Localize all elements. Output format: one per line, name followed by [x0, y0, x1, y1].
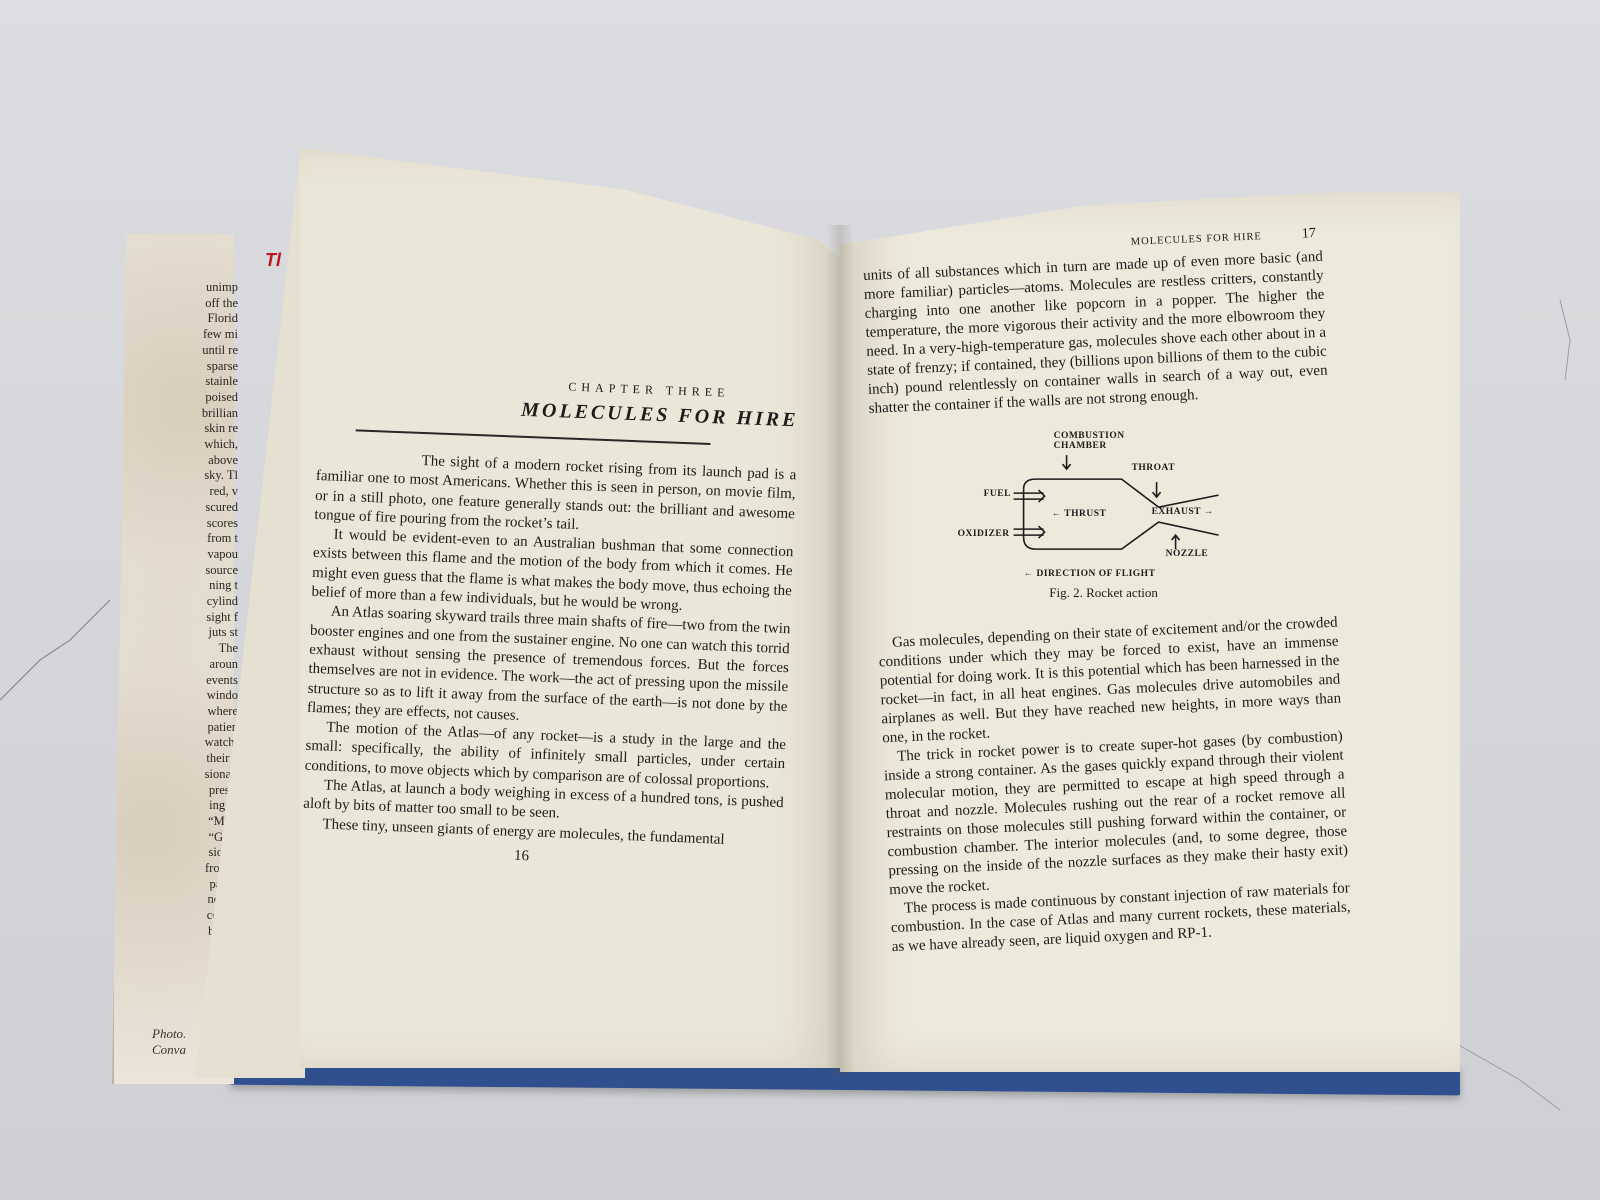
- dust-jacket-line: vapou: [128, 547, 253, 563]
- dust-jacket-line: cylind: [128, 594, 256, 610]
- label-nozzle: NOZZLE: [1166, 549, 1209, 559]
- label-direction-of-flight: ← DIRECTION OF FLIGHT: [1024, 569, 1156, 579]
- paragraph: An Atlas soaring skyward trails three ma…: [307, 602, 791, 736]
- dust-jacket-line: source: [128, 563, 254, 579]
- dust-jacket-line: which,: [128, 437, 247, 453]
- dust-jacket-line: The: [128, 641, 259, 657]
- label-thrust: ← THRUST: [1052, 509, 1107, 519]
- dust-jacket-line: red, v: [128, 484, 250, 500]
- right-page-content: MOLECULES FOR HIRE 17 units of all subst…: [862, 229, 1351, 957]
- dust-jacket-line: until re: [128, 343, 242, 359]
- dust-jacket-line: scured: [128, 500, 251, 516]
- dust-jacket-line: ning t: [128, 578, 255, 594]
- dust-jacket-line: sparse: [128, 359, 243, 375]
- dust-jacket-line: brillian: [128, 406, 245, 422]
- left-page-body: The sight of a modern rocket rising from…: [302, 448, 796, 852]
- label-oxidizer: OXIDIZER: [958, 529, 1010, 539]
- dust-jacket-line: sky. Tl: [128, 468, 249, 484]
- dust-jacket-line: above: [128, 453, 248, 469]
- label-combustion: COMBUSTION: [1054, 431, 1125, 441]
- dust-jacket-line: Florid: [128, 311, 240, 327]
- label-chamber: CHAMBER: [1054, 441, 1107, 451]
- dust-jacket-line: poised: [128, 390, 244, 406]
- dust-jacket-title: Tl: [265, 250, 281, 271]
- right-page-body-top: units of all substances which in turn ar…: [863, 248, 1329, 419]
- paragraph: The trick in rocket power is to create s…: [883, 728, 1349, 901]
- figure-caption: Fig. 2. Rocket action: [874, 585, 1334, 601]
- dust-jacket-line: juts st: [128, 625, 258, 641]
- dust-jacket-line: aroun: [128, 657, 260, 673]
- dust-jacket-line: few mi: [128, 327, 241, 343]
- dust-jacket-credit: Photo. Conva: [152, 1026, 186, 1058]
- paragraph: units of all substances which in turn ar…: [863, 248, 1329, 419]
- page-number: 17: [1301, 226, 1316, 243]
- title-rule: [356, 429, 711, 444]
- left-page-content: CHAPTER THREE MOLECULES FOR HIRE The sig…: [301, 370, 799, 875]
- book-gutter: [826, 225, 854, 1075]
- paragraph: Gas molecules, depending on their state …: [878, 614, 1343, 749]
- dust-jacket-line: sight f: [128, 610, 257, 626]
- dust-jacket-line: stainle: [128, 374, 243, 390]
- dust-jacket-line: skin re: [128, 421, 246, 437]
- dust-jacket-line: off the: [128, 296, 239, 312]
- dust-jacket-line: unimp: [128, 280, 238, 296]
- rocket-diagram: COMBUSTION CHAMBER THROAT FUEL ← THRUST …: [874, 427, 1334, 612]
- dust-jacket-line: from t: [128, 531, 252, 547]
- right-page-body-bottom: Gas molecules, depending on their state …: [878, 614, 1352, 958]
- label-fuel: FUEL: [984, 489, 1011, 499]
- label-throat: THROAT: [1132, 463, 1175, 473]
- dust-jacket-line: scores: [128, 516, 252, 532]
- label-exhaust: EXHAUST →: [1152, 507, 1214, 517]
